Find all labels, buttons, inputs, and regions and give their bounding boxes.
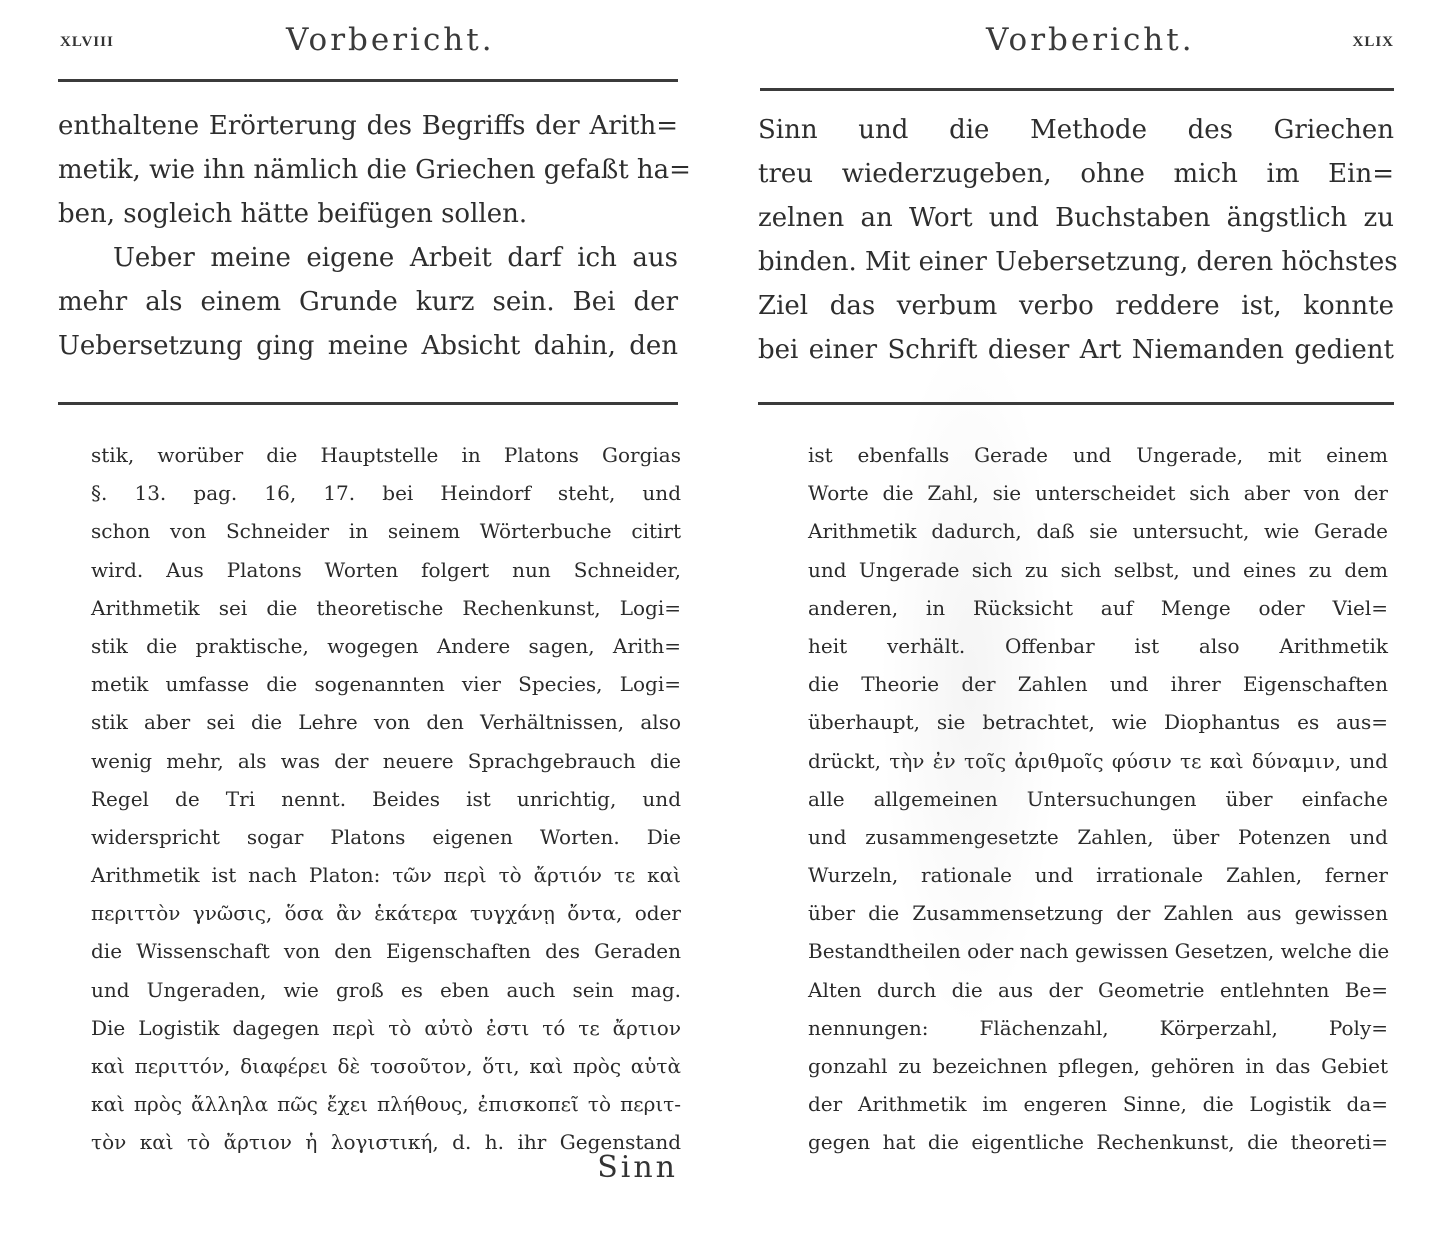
main-line: Ueber meine eigene Arbeit darf ich aus bbox=[58, 236, 678, 280]
left-page: XLVIII Vorbericht. enthaltene Erörterung… bbox=[58, 0, 678, 1240]
footnote-line: Arithmetik sei die theoretische Rechenku… bbox=[91, 589, 681, 627]
footnote-line: Bestandtheilen oder nach gewissen Gesetz… bbox=[808, 932, 1388, 970]
left-running-title: Vorbericht. bbox=[286, 22, 495, 58]
right-folio: XLIX bbox=[1352, 34, 1394, 51]
footnote-line: stik aber sei die Lehre von den Verhältn… bbox=[91, 703, 681, 741]
footnote-line: und Ungeraden, wie groß es eben auch sei… bbox=[91, 971, 681, 1009]
left-folio: XLVIII bbox=[60, 34, 114, 51]
footnote-line: die Wissenschaft von den Eigenschaften d… bbox=[91, 932, 681, 970]
footnote-line: heit verhält. Offenbar ist also Arithmet… bbox=[808, 627, 1388, 665]
footnote-line: Die Logistik dagegen περὶ τὸ αὐτὸ ἐστι τ… bbox=[91, 1009, 681, 1047]
footnote-line: anderen, in Rücksicht auf Menge oder Vie… bbox=[808, 589, 1388, 627]
footnote-line: drückt, τὴν ἐν τοῖς ἀριθμοῖς φύσιν τε κα… bbox=[808, 742, 1388, 780]
main-line: bei einer Schrift dieser Art Niemanden g… bbox=[758, 328, 1394, 372]
main-line: ben, sogleich hätte beifügen sollen. bbox=[58, 192, 678, 236]
footnote-line: καὶ περιττόν, διαφέρει δὲ τοσοῦτον, ὅτι,… bbox=[91, 1047, 681, 1085]
footnote-line: nennungen: Flächenzahl, Körperzahl, Poly… bbox=[808, 1009, 1388, 1047]
left-running-head: XLVIII Vorbericht. bbox=[58, 22, 678, 62]
footnote-line: ist ebenfalls Gerade und Ungerade, mit e… bbox=[808, 436, 1388, 474]
right-main-text: Sinn und die Methode des Griechen treu w… bbox=[758, 108, 1394, 372]
footnote-line: Worte die Zahl, sie unterscheidet sich a… bbox=[808, 474, 1388, 512]
right-page: Vorbericht. XLIX Sinn und die Methode de… bbox=[758, 0, 1394, 1240]
right-running-head: Vorbericht. XLIX bbox=[758, 22, 1394, 62]
footnote-line: gonzahl zu bezeichnen pflegen, gehören i… bbox=[808, 1047, 1388, 1085]
footnote-line: metik umfasse die sogenannten vier Speci… bbox=[91, 665, 681, 703]
left-footnote: stik, worüber die Hauptstelle in Platons… bbox=[91, 436, 681, 1162]
right-footnote-rule bbox=[758, 402, 1394, 405]
left-footnote-rule bbox=[58, 402, 678, 405]
main-line: mehr als einem Grunde kurz sein. Bei der bbox=[58, 280, 678, 324]
main-line: binden. Mit einer Uebersetzung, deren hö… bbox=[758, 240, 1394, 284]
left-main-text: enthaltene Erörterung des Begriffs der A… bbox=[58, 104, 678, 368]
footnote-line: §. 13. pag. 16, 17. bei Heindorf steht, … bbox=[91, 474, 681, 512]
footnote-line: der Arithmetik im engeren Sinne, die Log… bbox=[808, 1085, 1388, 1123]
footnote-line: wenig mehr, als was der neuere Sprachgeb… bbox=[91, 742, 681, 780]
footnote-line: schon von Schneider in seinem Wörterbuch… bbox=[91, 512, 681, 550]
left-head-rule bbox=[58, 79, 678, 82]
footnote-line: wird. Aus Platons Worten folgert nun Sch… bbox=[91, 551, 681, 589]
footnote-line: καὶ πρὸς ἄλληλα πῶς ἔχει πλήθους, ἐπισκο… bbox=[91, 1085, 681, 1123]
catchword: Sinn bbox=[597, 1150, 678, 1185]
footnote-line: Alten durch die aus der Geometrie entleh… bbox=[808, 971, 1388, 1009]
footnote-line: widerspricht sogar Platons eigenen Worte… bbox=[91, 818, 681, 856]
footnote-line: Arithmetik ist nach Platon: τῶν περὶ τὸ … bbox=[91, 856, 681, 894]
main-line: metik, wie ihn nämlich die Griechen gefa… bbox=[58, 148, 678, 192]
footnote-line: und zusammengesetzte Zahlen, über Potenz… bbox=[808, 818, 1388, 856]
footnote-line: περιττὸν γνῶσις, ὅσα ἂν ἑκάτερα τυγχάνῃ … bbox=[91, 894, 681, 932]
footnote-line: über die Zusammensetzung der Zahlen aus … bbox=[808, 894, 1388, 932]
main-line: Sinn und die Methode des Griechen bbox=[758, 108, 1394, 152]
main-line: Uebersetzung ging meine Absicht dahin, d… bbox=[58, 324, 678, 368]
footnote-line: überhaupt, sie betrachtet, wie Diophantu… bbox=[808, 703, 1388, 741]
main-line: Ziel das verbum verbo reddere ist, konnt… bbox=[758, 284, 1394, 328]
footnote-line: Wurzeln, rationale und irrationale Zahle… bbox=[808, 856, 1388, 894]
footnote-line: stik, worüber die Hauptstelle in Platons… bbox=[91, 436, 681, 474]
main-line: zelnen an Wort und Buchstaben ängstlich … bbox=[758, 196, 1394, 240]
footnote-line: Regel de Tri nennt. Beides ist unrichtig… bbox=[91, 780, 681, 818]
right-head-rule bbox=[760, 88, 1394, 91]
footnote-line: die Theorie der Zahlen und ihrer Eigensc… bbox=[808, 665, 1388, 703]
footnote-line: gegen hat die eigentliche Rechenkunst, d… bbox=[808, 1123, 1388, 1161]
right-footnote: ist ebenfalls Gerade und Ungerade, mit e… bbox=[808, 436, 1388, 1162]
main-line: enthaltene Erörterung des Begriffs der A… bbox=[58, 104, 678, 148]
footnote-line: stik die praktische, wogegen Andere sage… bbox=[91, 627, 681, 665]
footnote-line: und Ungerade sich zu sich selbst, und ei… bbox=[808, 551, 1388, 589]
footnote-line: Arithmetik dadurch, daß sie untersucht, … bbox=[808, 512, 1388, 550]
right-running-title: Vorbericht. bbox=[986, 22, 1195, 58]
footnote-line: alle allgemeinen Untersuchungen über ein… bbox=[808, 780, 1388, 818]
main-line: treu wiederzugeben, ohne mich im Ein= bbox=[758, 152, 1394, 196]
footnote-line: τὸν καὶ τὸ ἄρτιον ἡ λογιστική, d. h. ihr… bbox=[91, 1123, 681, 1161]
